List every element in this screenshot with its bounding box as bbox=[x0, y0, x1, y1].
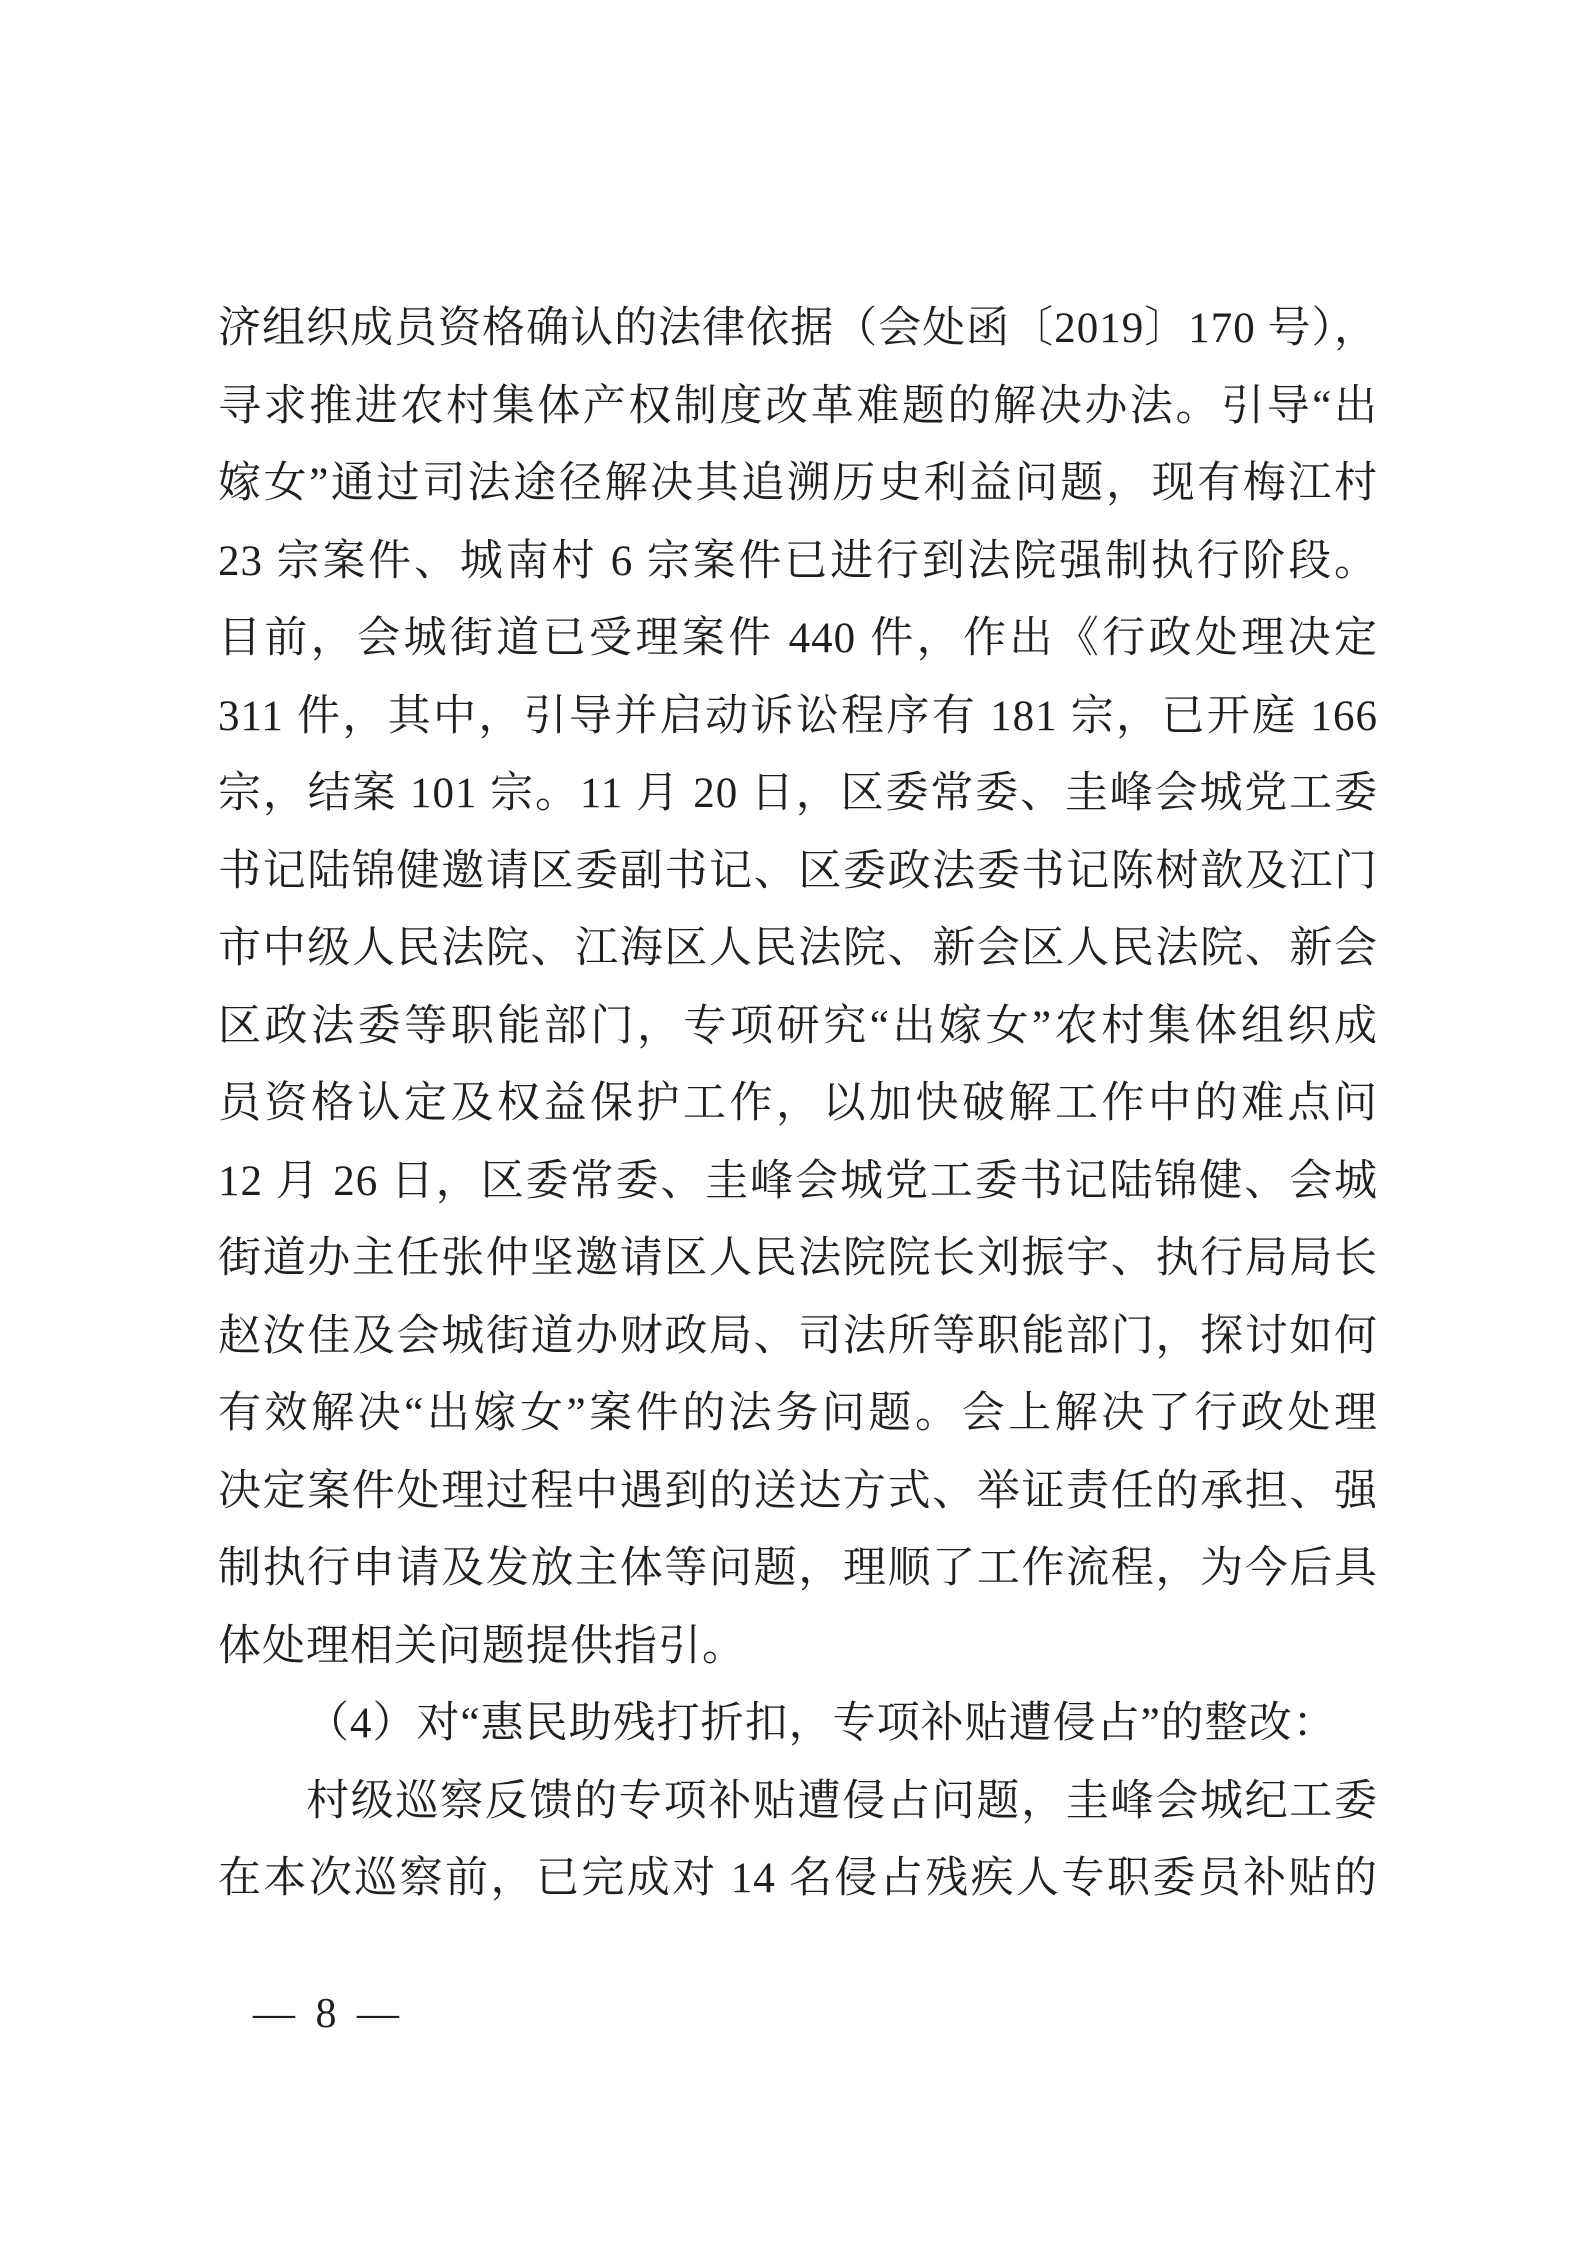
text-line: 市中级人民法院、江海区人民法院、新会区人民法院、新会 bbox=[218, 910, 1378, 988]
text-line: 体处理相关问题提供指引。 bbox=[218, 1608, 1378, 1686]
text-line: 制执行申请及发放主体等问题，理顺了工作流程，为今后具 bbox=[218, 1530, 1378, 1608]
text-line: 311 件，其中，引导并启动诉讼程序有 181 宗，已开庭 166 bbox=[218, 678, 1378, 756]
text-line: 目前，会城街道已受理案件 440 件，作出《行政处理决定书》 bbox=[218, 600, 1378, 678]
text-line: 12 月 26 日，区委常委、圭峰会城党工委书记陆锦健、会城 bbox=[218, 1143, 1378, 1221]
text-line: 村级巡察反馈的专项补贴遭侵占问题，圭峰会城纪工委 bbox=[218, 1763, 1378, 1841]
text-line: 员资格认定及权益保护工作，以加快破解工作中的难点问题。 bbox=[218, 1065, 1378, 1143]
text-line: 决定案件处理过程中遇到的送达方式、举证责任的承担、强 bbox=[218, 1453, 1378, 1531]
text-line: 宗，结案 101 宗。11 月 20 日，区委常委、圭峰会城党工委 bbox=[218, 755, 1378, 833]
text-line: 嫁女”通过司法途径解决其追溯历史利益问题，现有梅江村 bbox=[218, 445, 1378, 523]
document-page: 济组织成员资格确认的法律依据（会处函〔2019〕170 号），寻求推进农村集体产… bbox=[0, 0, 1587, 2245]
text-line: 赵汝佳及会城街道办财政局、司法所等职能部门，探讨如何 bbox=[218, 1298, 1378, 1376]
text-line: 济组织成员资格确认的法律依据（会处函〔2019〕170 号）， bbox=[218, 290, 1378, 368]
text-line: （4）对“惠民助残打折扣，专项补贴遭侵占”的整改： bbox=[218, 1685, 1378, 1763]
text-line: 街道办主任张仲坚邀请区人民法院院长刘振宇、执行局局长 bbox=[218, 1220, 1378, 1298]
page-number: — 8 — bbox=[253, 1993, 399, 2035]
text-line: 23 宗案件、城南村 6 宗案件已进行到法院强制执行阶段。 bbox=[218, 523, 1378, 601]
text-line: 在本次巡察前，已完成对 14 名侵占残疾人专职委员补贴的 bbox=[218, 1840, 1378, 1918]
text-line: 有效解决“出嫁女”案件的法务问题。会上解决了行政处理 bbox=[218, 1375, 1378, 1453]
text-line: 寻求推进农村集体产权制度改革难题的解决办法。引导“出 bbox=[218, 368, 1378, 446]
text-line: 书记陆锦健邀请区委副书记、区委政法委书记陈树歆及江门 bbox=[218, 833, 1378, 911]
document-body: 济组织成员资格确认的法律依据（会处函〔2019〕170 号），寻求推进农村集体产… bbox=[218, 290, 1378, 1918]
text-line: 区政法委等职能部门，专项研究“出嫁女”农村集体组织成 bbox=[218, 988, 1378, 1066]
